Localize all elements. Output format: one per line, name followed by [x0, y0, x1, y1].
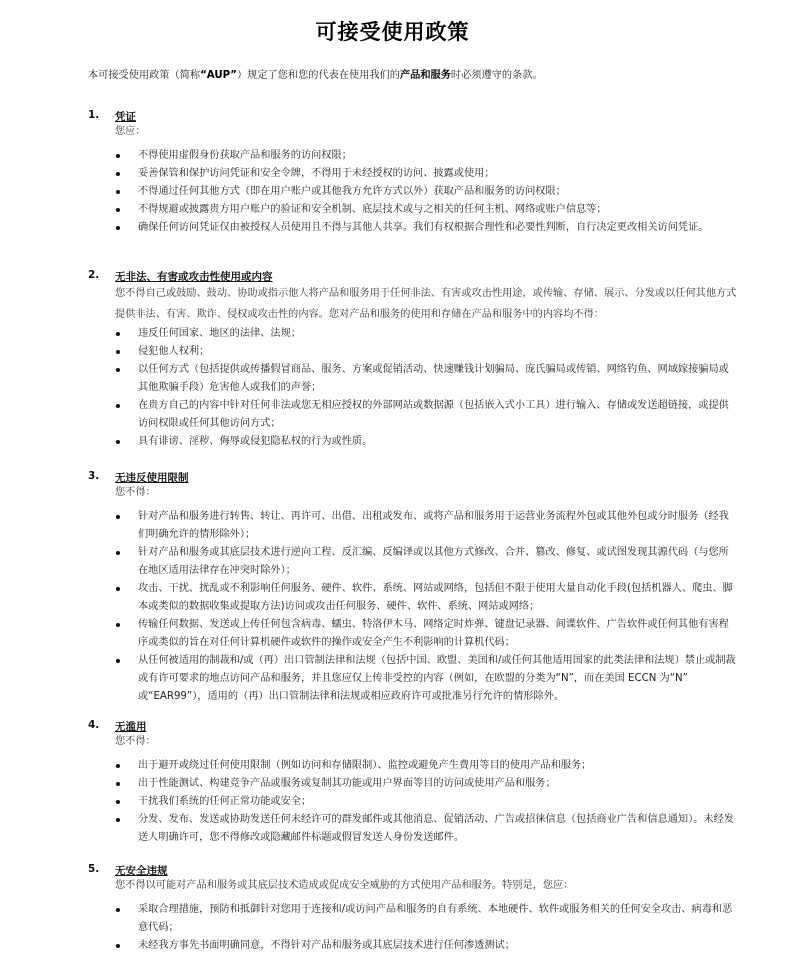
list-item: 干扰我们系统的任何正常功能或安全；: [88, 793, 738, 811]
intro-middle: ）规定了您和您的代表在使用我们的: [237, 70, 400, 81]
section-number: 4.: [88, 719, 99, 731]
bullet-icon: [116, 623, 120, 627]
section-lead: 您不得：: [115, 735, 745, 749]
list-item: 针对产品和服务进行转售、转让、再许可、出借、出租或发布、或将产品和服务用于运营业…: [88, 508, 738, 544]
list-item: 以任何方式（包括提供或传播假冒商品、服务、方案或促销活动、快速赚钱计划骗局、庞氏…: [88, 361, 738, 397]
list-item: 在贵方自己的内容中针对任何非法或您无相应授权的外部网站或数据源（包括嵌入式小工具…: [88, 397, 738, 433]
list-item: 违反任何国家、地区的法律、法规；: [88, 325, 738, 343]
bullet-icon: [116, 515, 120, 519]
section-number: 1.: [88, 109, 99, 121]
list-item: 出于性能测试、构建竞争产品或服务或复制其功能或用户界面等目的访问或使用产品和服务…: [88, 775, 738, 793]
list-item: 不得使用虚假身份获取产品和服务的访问权限；: [88, 147, 738, 165]
bullet-list: 违反任何国家、地区的法律、法规； 侵犯他人权利； 以任何方式（包括提供或传播假冒…: [88, 325, 748, 451]
section-no-abuse: 4. 无滥用 您不得： 出于避开或绕过任何使用限制（例如访问和存储限制）、监控或…: [88, 719, 748, 847]
bullet-icon: [116, 908, 120, 912]
intro-bold-products: 产品和服务: [400, 70, 451, 81]
section-lead: 您应：: [115, 125, 745, 139]
bullet-icon: [116, 154, 120, 158]
bullet-icon: [116, 659, 120, 663]
intro-paragraph: 本可接受使用政策（简称“AUP”）规定了您和您的代表在使用我们的产品和服务时必须…: [88, 66, 748, 81]
bullet-icon: [116, 404, 120, 408]
bullet-icon: [116, 587, 120, 591]
list-item: 未经我方事先书面明确同意，不得针对产品和服务或其底层技术进行任何渗透测试；: [88, 937, 738, 954]
bullet-icon: [116, 172, 120, 176]
bullet-icon: [116, 226, 120, 230]
intro-before: 本可接受使用政策（简称: [88, 70, 200, 81]
list-item: 分发、发布、发送或协助发送任何未经许可的群发邮件或其他消息、促销活动、广告或招徕…: [88, 811, 738, 847]
section-no-security-violations: 5. 无安全违规 您不得以可能对产品和服务或其底层技术造成或促成安全威胁的方式使…: [88, 863, 748, 954]
list-item: 从任何被适用的制裁和/或（再）出口管制法律和法规（包括中国、欧盟、美国和/或任何…: [88, 652, 738, 706]
section-title: 无非法、有害或攻击性使用或内容: [115, 269, 273, 284]
bullet-icon: [116, 782, 120, 786]
section-number: 2.: [88, 269, 99, 281]
bullet-icon: [116, 800, 120, 804]
section-credentials: 1. 凭证 您应： 不得使用虚假身份获取产品和服务的访问权限； 妥善保管和保护访…: [88, 109, 748, 237]
list-item: 确保任何访问凭证仅由被授权人员使用且不得与其他人共享。我们有权根据合理性和必要性…: [88, 219, 738, 237]
list-item: 针对产品和服务或其底层技术进行逆向工程、反汇编、反编译或以其他方式修改、合并、篡…: [88, 544, 738, 580]
intro-after: 时必须遵守的条款。: [451, 70, 543, 81]
bullet-icon: [116, 350, 120, 354]
section-number: 5.: [88, 863, 99, 875]
list-item: 不得规避或披露贵方用户账户的验证和安全机制、底层技术或与之相关的任何主机、网络或…: [88, 201, 738, 219]
list-item: 妥善保管和保护访问凭证和安全令牌，不得用于未经授权的访问、披露或使用；: [88, 165, 738, 183]
section-title: 无滥用: [115, 719, 147, 734]
list-item: 具有诽谤、淫秽、侮辱或侵犯隐私权的行为或性质。: [88, 433, 738, 451]
list-item: 攻击、干扰、扰乱或不利影响任何服务、硬件、软件、系统、网站或网络，包括但不限于使…: [88, 580, 738, 616]
section-no-illegal-use: 2. 无非法、有害或攻击性使用或内容 您不得自己或鼓励、鼓动、协助或指示他人将产…: [88, 269, 748, 451]
bullet-icon: [116, 440, 120, 444]
bullet-list: 出于避开或绕过任何使用限制（例如访问和存储限制）、监控或避免产生费用等目的使用产…: [88, 757, 748, 847]
bullet-icon: [116, 190, 120, 194]
list-item: 不得通过任何其他方式（即在用户账户或其他我方允许方式以外）获取产品和服务的访问权…: [88, 183, 738, 201]
list-item: 侵犯他人权利；: [88, 343, 738, 361]
bullet-icon: [116, 551, 120, 555]
section-lead: 您不得：: [115, 486, 745, 500]
section-title: 无安全违规: [115, 863, 168, 878]
bullet-icon: [116, 208, 120, 212]
list-item: 传输任何数据、发送或上传任何包含病毒、蠕虫、特洛伊木马、网络定时炸弹、键盘记录器…: [88, 616, 738, 652]
section-title: 无违反使用限制: [115, 470, 189, 485]
page-title: 可接受使用政策: [0, 16, 785, 46]
bullet-icon: [116, 818, 120, 822]
section-usage-restrictions: 3. 无违反使用限制 您不得： 针对产品和服务进行转售、转让、再许可、出借、出租…: [88, 470, 748, 706]
bullet-list: 不得使用虚假身份获取产品和服务的访问权限； 妥善保管和保护访问凭证和安全令牌，不…: [88, 147, 748, 237]
bullet-icon: [116, 944, 120, 948]
section-number: 3.: [88, 470, 99, 482]
bullet-icon: [116, 332, 120, 336]
section-lead: 您不得以可能对产品和服务或其底层技术造成或促成安全威胁的方式使用产品和服务。特别…: [115, 879, 745, 893]
bullet-list: 采取合理措施，预防和抵御针对您用于连接和/或访问产品和服务的自有系统、本地硬件、…: [88, 901, 748, 954]
section-lead: 您不得自己或鼓励、鼓动、协助或指示他人将产品和服务用于任何非法、有害或攻击性用途…: [115, 283, 745, 325]
section-title: 凭证: [115, 109, 136, 124]
list-item: 采取合理措施，预防和抵御针对您用于连接和/或访问产品和服务的自有系统、本地硬件、…: [88, 901, 738, 937]
bullet-list: 针对产品和服务进行转售、转让、再许可、出借、出租或发布、或将产品和服务用于运营业…: [88, 508, 748, 706]
bullet-icon: [116, 764, 120, 768]
list-item: 出于避开或绕过任何使用限制（例如访问和存储限制）、监控或避免产生费用等目的使用产…: [88, 757, 738, 775]
bullet-icon: [116, 368, 120, 372]
intro-aup: “AUP”: [200, 70, 237, 81]
